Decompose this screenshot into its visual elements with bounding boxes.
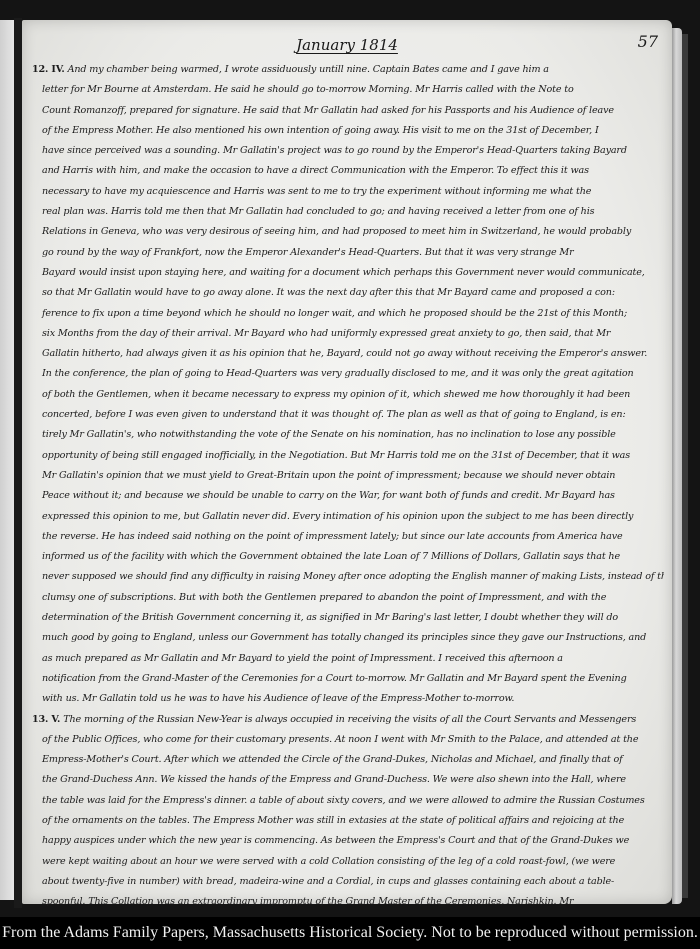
line-text: about twenty-five in number) with bread,… <box>42 876 614 887</box>
text-line: concerted, before I was even given to un… <box>32 405 664 425</box>
line-text: the reverse. He has indeed said nothing … <box>42 531 623 542</box>
text-line: go round by the way of Frankfort, now th… <box>32 243 664 263</box>
line-text: as much prepared as Mr Gallatin and Mr B… <box>42 653 563 664</box>
entry-date: 13. V. <box>32 714 60 725</box>
text-line: of both the Gentlemen, when it became ne… <box>32 385 664 405</box>
text-line: happy auspices under which the new year … <box>32 831 664 851</box>
text-line: notification from the Grand-Master of th… <box>32 669 664 689</box>
facing-page-edge <box>0 20 14 900</box>
text-line: of the Public Offices, who come for thei… <box>32 730 664 750</box>
line-text: never supposed we should find any diffic… <box>42 571 664 582</box>
line-text: opportunity of being still engaged inoff… <box>42 450 630 461</box>
copyright-footer: From the Adams Family Papers, Massachuse… <box>0 917 700 949</box>
line-text: happy auspices under which the new year … <box>42 835 629 846</box>
entry-first-line: 13. V.The morning of the Russian New-Yea… <box>32 710 664 730</box>
text-line: expressed this opinion to me, but Gallat… <box>32 507 664 527</box>
line-text: Bayard would insist upon staying here, a… <box>42 267 645 278</box>
text-line: the reverse. He has indeed said nothing … <box>32 527 664 547</box>
line-text: In the conference, the plan of going to … <box>42 368 634 379</box>
text-line: letter for Mr Bourne at Amsterdam. He sa… <box>32 80 664 100</box>
text-line: In the conference, the plan of going to … <box>32 364 664 384</box>
text-line: clumsy one of subscriptions. But with bo… <box>32 588 664 608</box>
line-text: necessary to have my acquiescence and Ha… <box>42 186 591 197</box>
text-line: informed us of the facility with which t… <box>32 547 664 567</box>
page-heading-date: January 1814 <box>22 36 672 54</box>
text-line: ference to fix upon a time beyond which … <box>32 304 664 324</box>
text-line: Relations in Geneva, who was very desiro… <box>32 222 664 242</box>
line-text: Mr Gallatin's opinion that we must yield… <box>42 470 615 481</box>
line-text: Gallatin hitherto, had always given it a… <box>42 348 647 359</box>
line-text: determination of the British Government … <box>42 612 618 623</box>
line-text: of the Empress Mother. He also mentioned… <box>42 125 599 136</box>
line-text: of the Public Offices, who come for thei… <box>42 734 638 745</box>
text-line: of the Empress Mother. He also mentioned… <box>32 121 664 141</box>
line-text: go round by the way of Frankfort, now th… <box>42 247 574 258</box>
line-text: real plan was. Harris told me then that … <box>42 206 594 217</box>
text-line: and Harris with him, and make the occasi… <box>32 161 664 181</box>
page-number: 57 <box>638 32 658 51</box>
text-line: Mr Gallatin's opinion that we must yield… <box>32 466 664 486</box>
text-line: Bayard would insist upon staying here, a… <box>32 263 664 283</box>
line-text: Empress-Mother's Court. After which we a… <box>42 754 623 765</box>
text-line: were kept waiting about an hour we were … <box>32 852 664 872</box>
entry-date: 12. IV. <box>32 64 65 75</box>
line-text: The morning of the Russian New-Year is a… <box>63 714 636 725</box>
text-line: determination of the British Government … <box>32 608 664 628</box>
page-stack-shadow <box>682 34 688 898</box>
text-line: six Months from the day of their arrival… <box>32 324 664 344</box>
binding-gutter <box>14 18 22 908</box>
line-text: were kept waiting about an hour we were … <box>42 856 615 867</box>
line-text: much good by going to England, unless ou… <box>42 632 646 643</box>
text-line: opportunity of being still engaged inoff… <box>32 446 664 466</box>
text-line: tirely Mr Gallatin's, who notwithstandin… <box>32 425 664 445</box>
line-text: ference to fix upon a time beyond which … <box>42 308 627 319</box>
line-text: Relations in Geneva, who was very desiro… <box>42 226 631 237</box>
line-text: with us. Mr Gallatin told us he was to h… <box>42 693 514 704</box>
text-line: have since perceived was a sounding. Mr … <box>32 141 664 161</box>
line-text: concerted, before I was even given to un… <box>42 409 626 420</box>
text-line: much good by going to England, unless ou… <box>32 628 664 648</box>
diary-text: 12. IV.And my chamber being warmed, I wr… <box>32 60 664 933</box>
line-text: of the ornaments on the tables. The Empr… <box>42 815 624 826</box>
line-text: And my chamber being warmed, I wrote ass… <box>68 64 549 75</box>
text-line: Peace without it; and because we should … <box>32 486 664 506</box>
line-text: and Harris with him, and make the occasi… <box>42 165 589 176</box>
line-text: the Grand-Duchess Ann. We kissed the han… <box>42 774 626 785</box>
line-text: letter for Mr Bourne at Amsterdam. He sa… <box>42 84 574 95</box>
text-line: as much prepared as Mr Gallatin and Mr B… <box>32 649 664 669</box>
text-line: the table was laid for the Empress's din… <box>32 791 664 811</box>
line-text: so that Mr Gallatin would have to go awa… <box>42 287 615 298</box>
text-line: so that Mr Gallatin would have to go awa… <box>32 283 664 303</box>
line-text: have since perceived was a sounding. Mr … <box>42 145 627 156</box>
line-text: of both the Gentlemen, when it became ne… <box>42 389 630 400</box>
line-text: Peace without it; and because we should … <box>42 490 615 501</box>
text-line: Empress-Mother's Court. After which we a… <box>32 750 664 770</box>
text-line: never supposed we should find any diffic… <box>32 567 664 587</box>
text-line: of the ornaments on the tables. The Empr… <box>32 811 664 831</box>
line-text: six Months from the day of their arrival… <box>42 328 610 339</box>
text-line: with us. Mr Gallatin told us he was to h… <box>32 689 664 709</box>
page-stack-edge <box>672 28 682 904</box>
line-text: Count Romanzoff, prepared for signature.… <box>42 105 614 116</box>
line-text: notification from the Grand-Master of th… <box>42 673 627 684</box>
line-text: spoonful. This Collation was an extraord… <box>42 896 573 907</box>
entry-first-line: 12. IV.And my chamber being warmed, I wr… <box>32 60 664 80</box>
text-line: Gallatin hitherto, had always given it a… <box>32 344 664 364</box>
text-line: the Grand-Duchess Ann. We kissed the han… <box>32 770 664 790</box>
line-text: informed us of the facility with which t… <box>42 551 620 562</box>
line-text: the table was laid for the Empress's din… <box>42 795 645 806</box>
line-text: expressed this opinion to me, but Gallat… <box>42 511 633 522</box>
text-line: real plan was. Harris told me then that … <box>32 202 664 222</box>
line-text: clumsy one of subscriptions. But with bo… <box>42 592 606 603</box>
text-line: Count Romanzoff, prepared for signature.… <box>32 101 664 121</box>
line-text: tirely Mr Gallatin's, who notwithstandin… <box>42 429 616 440</box>
text-line: necessary to have my acquiescence and Ha… <box>32 182 664 202</box>
text-line: about twenty-five in number) with bread,… <box>32 872 664 892</box>
text-line: spoonful. This Collation was an extraord… <box>32 892 664 912</box>
